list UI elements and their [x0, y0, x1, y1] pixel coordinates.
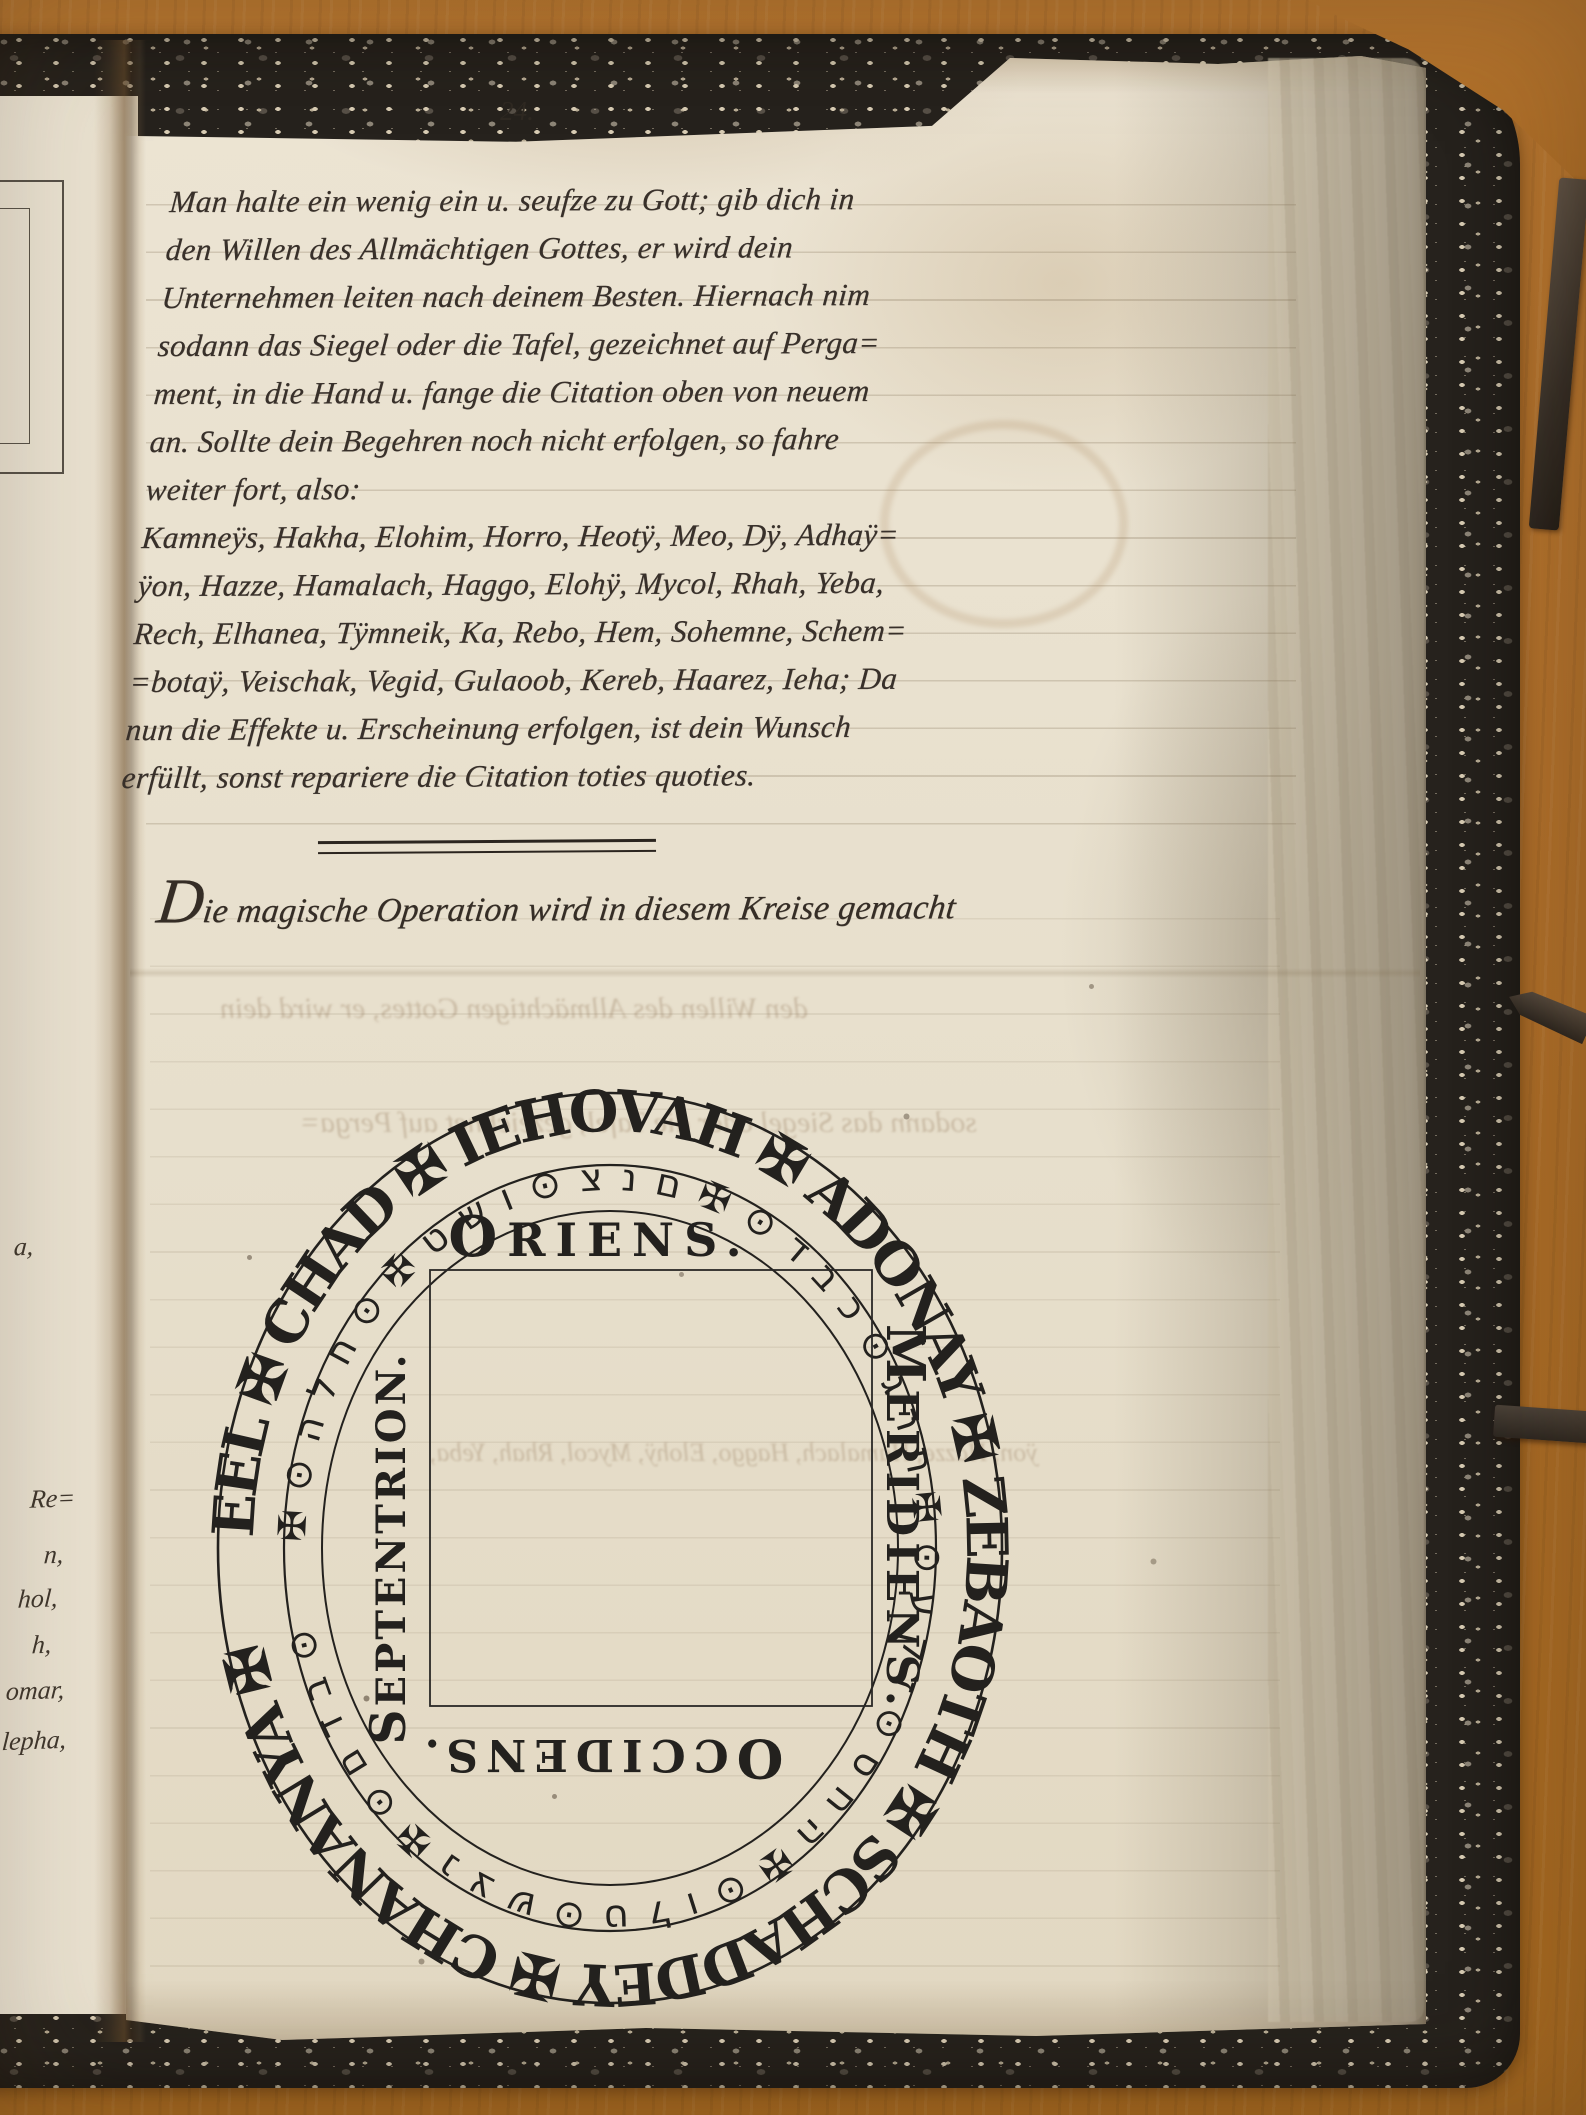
direction-label-oriens: ORIENS.	[448, 1204, 751, 1270]
handwritten-line: ment, in die Hand u. fange die Citation …	[152, 366, 1086, 418]
facing-page-text-fragment: n,	[43, 1540, 65, 1571]
binding-gutter	[94, 40, 146, 2042]
horizontal-fold-crease	[130, 968, 1420, 978]
facing-page-text-fragment: lepha,	[1, 1725, 68, 1757]
handwritten-line: Rech, Elhanea, Tÿmneik, Ka, Rebo, Hem, S…	[132, 606, 1066, 658]
double-rule-divider	[318, 839, 656, 854]
handwritten-line: Kamneÿs, Hakha, Elohim, Horro, Heotÿ, Me…	[140, 510, 1074, 562]
direction-label-occidens: OCCIDENS.	[417, 1727, 784, 1790]
handwritten-line: Man halte ein wenig ein u. seufze zu Got…	[168, 174, 1102, 226]
handwritten-line: weiter fort, also:	[144, 462, 1078, 514]
circle-caption: Die magische Operation wird in diesem Kr…	[153, 860, 1062, 939]
facing-page-text-fragment: hol,	[17, 1583, 59, 1614]
facing-page-text-fragment: h,	[31, 1630, 53, 1661]
facing-page-text-fragment: a,	[13, 1232, 35, 1263]
central-square	[430, 1270, 872, 1706]
handwritten-line: erfüllt, sonst repariere die Citation to…	[120, 750, 1054, 802]
handwritten-line: =botaÿ, Veischak, Vegid, Gulaoob, Kereb,…	[128, 654, 1062, 706]
leather-tie-top-right	[1529, 177, 1586, 530]
handwritten-line: ÿon, Hazze, Hamalach, Haggo, Elohÿ, Myco…	[136, 558, 1070, 610]
handwritten-line: nun die Effekte u. Erscheinung erfolgen,…	[124, 702, 1058, 754]
facing-page-text-fragment: omar,	[5, 1675, 66, 1707]
leather-tie-lower-right	[1493, 1405, 1586, 1444]
direction-label-septentrion: SEPTENTRION.	[359, 1351, 417, 1744]
direction-label-meridiens: MERIDIENS.	[874, 1324, 937, 1712]
handwritten-line: den Willen des Allmächtigen Gottes, er w…	[164, 222, 1098, 274]
handwritten-paragraph: Man halte ein wenig ein u. seufze zu Got…	[120, 174, 1102, 802]
facing-page-text-fragment: Re=	[29, 1483, 76, 1515]
handwritten-line: Unternehmen leiten nach deinem Besten. H…	[160, 270, 1094, 322]
handwritten-line: an. Sollte dein Begehren noch nicht erfo…	[148, 414, 1082, 466]
book-photo: a, Re= n, hol, h, omar, lepha, den Wille…	[0, 0, 1586, 2115]
facing-page-frame-inner	[0, 208, 30, 444]
foxing-specks	[0, 0, 3, 3]
magic-circle: EEL ✠ CHAD ✠ IEHOVAH ✠ ADONAY ✠ ZEBAOTH …	[150, 1048, 1110, 2058]
handwritten-line: sodann das Siegel oder die Tafel, gezeic…	[156, 318, 1090, 370]
page-number: 24.	[462, 96, 572, 127]
